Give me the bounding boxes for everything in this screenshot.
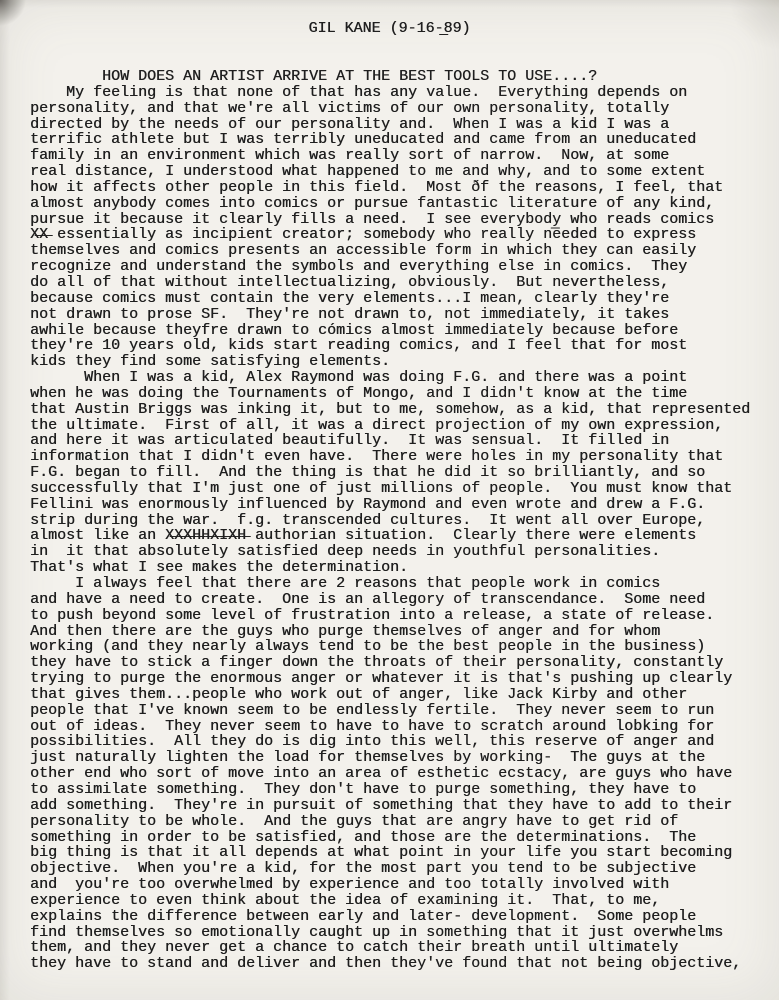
- paragraph-2: When I was a kid, Alex Raymond was doing…: [30, 370, 775, 576]
- paragraph-1: My feeling is that none of that has any …: [30, 85, 775, 370]
- paragraph-3: I always feel that there are 2 reasons t…: [30, 576, 775, 972]
- document-page: GIL KANE (9-16-̲89) HOW DOES AN ARTIST A…: [0, 0, 779, 1000]
- interview-question: HOW DOES AN ARTIST ARRIVE AT THE BEST TO…: [30, 69, 775, 85]
- page-title: GIL KANE (9-16-̲89): [0, 21, 779, 37]
- transcript-body: HOW DOES AN ARTIST ARRIVE AT THE BEST TO…: [30, 69, 775, 972]
